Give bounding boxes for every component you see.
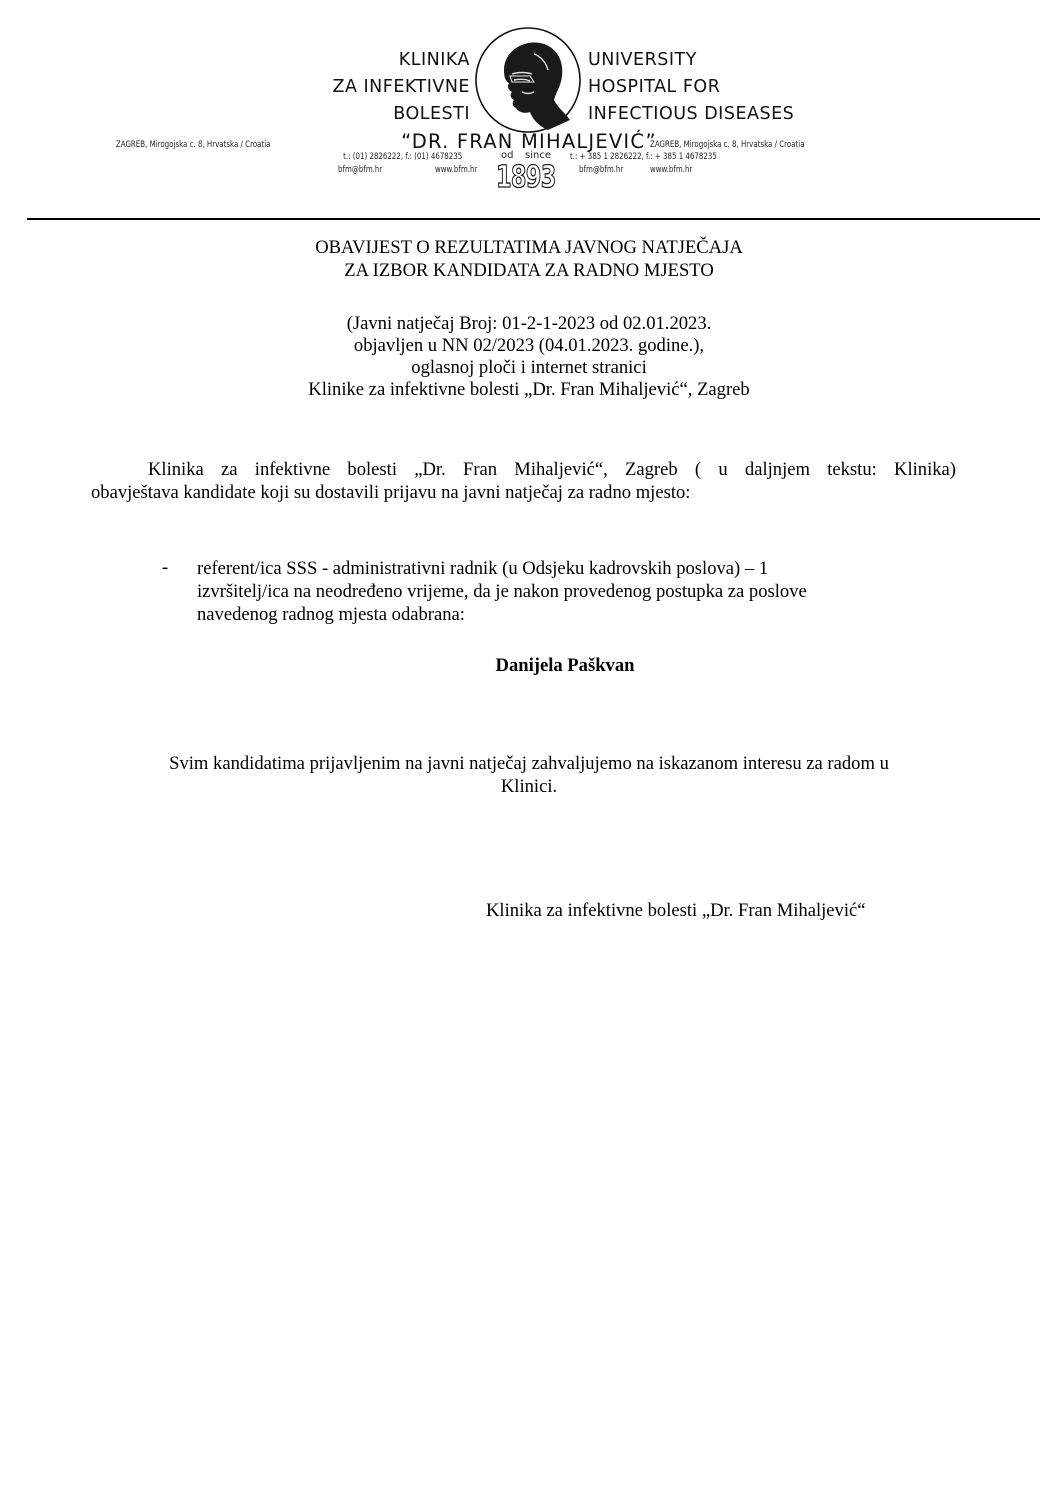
left-email: bfm@bfm.hr (338, 164, 382, 176)
portrait-medallion-icon (474, 26, 582, 134)
thanks-paragraph: Svim kandidatima prijavljenim na javni n… (0, 752, 1058, 798)
letterhead: KLINIKA ZA INFEKTIVNE BOLESTI UNIVERSITY… (0, 0, 1058, 200)
reference-line: objavljen u NN 02/2023 (04.01.2023. godi… (0, 335, 1058, 357)
paragraph-line: Klinika za infektivne bolesti „Dr. Fran … (91, 458, 956, 481)
selected-candidate: Danijela Paškvan (0, 655, 1058, 677)
right-address: ZAGREB, Mirogojska c. 8, Hrvatska / Croa… (650, 139, 805, 151)
right-email: bfm@bfm.hr (579, 164, 623, 176)
reference-line: (Javni natječaj Broj: 01-2-1-2023 od 02.… (0, 313, 1058, 335)
title-line: OBAVIJEST O REZULTATIMA JAVNOG NATJEČAJA (0, 236, 1058, 259)
header-divider (27, 218, 1040, 220)
letterhead-left-line: BOLESTI (333, 101, 471, 128)
letterhead-croatian-name: KLINIKA ZA INFEKTIVNE BOLESTI (333, 47, 471, 128)
reference-line: Klinike za infektivne bolesti „Dr. Fran … (0, 379, 1058, 401)
reference-line: oglasnoj ploči i internet stranici (0, 357, 1058, 379)
bullet-line: referent/ica SSS - administrativni radni… (197, 557, 937, 580)
founding-year: 1893 (496, 160, 549, 195)
bullet-line: izvršitelj/ica na neodređeno vrijeme, da… (197, 580, 937, 603)
paragraph-line: obavještava kandidate koji su dostavili … (91, 481, 956, 504)
bullet-line: navedenog radnog mjesta odabrana: (197, 603, 937, 626)
thanks-line: Svim kandidatima prijavljenim na javni n… (0, 752, 1058, 775)
right-website: www.bfm.hr (650, 164, 692, 176)
signature: Klinika za infektivne bolesti „Dr. Fran … (486, 900, 866, 922)
document-title: OBAVIJEST O REZULTATIMA JAVNOG NATJEČAJA… (0, 236, 1058, 282)
competition-reference: (Javni natječaj Broj: 01-2-1-2023 od 02.… (0, 313, 1058, 401)
title-line: ZA IZBOR KANDIDATA ZA RADNO MJESTO (0, 259, 1058, 282)
left-phone: t.: (01) 2826222, f.: (01) 4678235 (343, 151, 462, 163)
bullet-marker: - (162, 557, 168, 579)
left-website: www.bfm.hr (435, 164, 477, 176)
right-phone: t.: + 385 1 2826222, f.: + 385 1 4678235 (570, 151, 717, 163)
intro-paragraph: Klinika za infektivne bolesti „Dr. Fran … (91, 458, 956, 504)
letterhead-right-line: UNIVERSITY (588, 47, 794, 74)
left-address: ZAGREB, Mirogojska c. 8, Hrvatska / Croa… (115, 139, 270, 151)
position-description: referent/ica SSS - administrativni radni… (197, 557, 937, 626)
thanks-line: Klinici. (0, 775, 1058, 798)
letterhead-left-line: ZA INFEKTIVNE (333, 74, 471, 101)
letterhead-right-line: INFECTIOUS DISEASES (588, 101, 794, 128)
letterhead-english-name: UNIVERSITY HOSPITAL FOR INFECTIOUS DISEA… (588, 47, 794, 128)
letterhead-left-line: KLINIKA (333, 47, 471, 74)
letterhead-right-line: HOSPITAL FOR (588, 74, 794, 101)
